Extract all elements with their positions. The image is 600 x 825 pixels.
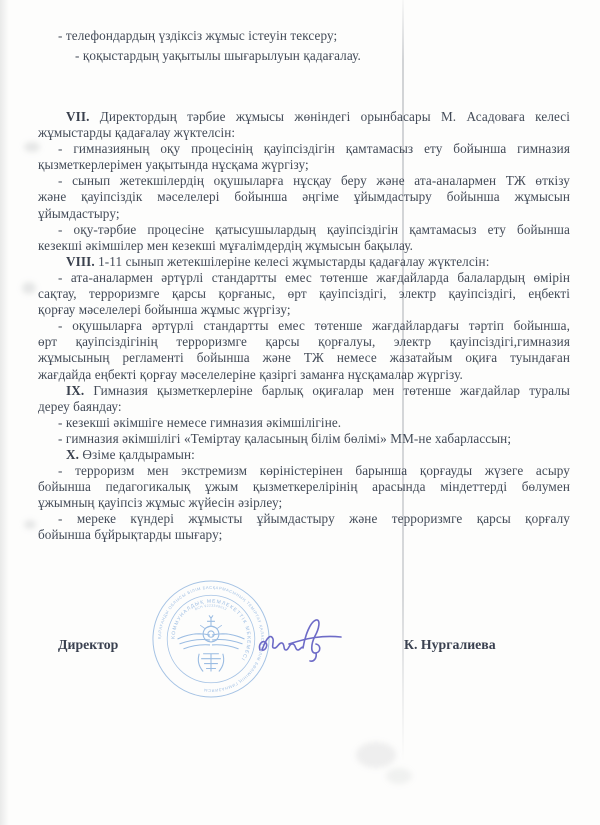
document-line: - терроризм мен экстремизм көріністеріне… xyxy=(38,463,570,479)
scan-edge-shadow xyxy=(0,0,9,825)
document-line: - кезекші әкімшіге немесе гимназия әкімш… xyxy=(38,415,570,431)
document-line: - қоқыстардың уақытылы шығарылуын қадаға… xyxy=(38,46,570,66)
document-line: қорғау мәселелері бойынша жұмыс жүргізу; xyxy=(38,302,570,318)
scan-smudge xyxy=(386,768,412,784)
document-line: - мереке күндері жұмысты ұйымдастыру жән… xyxy=(38,511,570,527)
document-body: VII. Директордың тәрбие жұмысы жөніндегі… xyxy=(38,109,570,544)
document-page: - телефондардың үздіксіз жұмыс істеуін т… xyxy=(0,0,600,825)
document-line: сақтау, терроризмге қарсы қорғаныс, өрт … xyxy=(38,286,570,302)
svg-text:КОММУНАЛДЫҚ МЕМЛЕКЕТТІК МЕКЕМЕ: КОММУНАЛДЫҚ МЕМЛЕКЕТТІК МЕКЕМЕСІ xyxy=(171,599,252,662)
document-line: жұмысының регламенті бойынша және ТЖ нем… xyxy=(38,350,570,366)
document-line: бойынша бұйрықтарды шығару; xyxy=(38,527,570,543)
director-label: Директор xyxy=(58,637,118,653)
document-line: ұжымның қауіпсіз жұмыс жүйесін әзірлеу; xyxy=(38,495,570,511)
document-line: - гимназияның оқу процесінің қауіпсіздіг… xyxy=(38,141,570,157)
document-line: - оқу-тәрбие процесіне қатысушылардың қа… xyxy=(38,222,570,238)
document-line: ұйымдастыру; xyxy=(38,206,570,222)
document-line: өрт қауіпсіздігінің терроризмге қарсы қо… xyxy=(38,334,570,350)
document-line: - сынып жетекшілердің оқушыларға нұсқау … xyxy=(38,173,570,189)
document-line: қызметкерлерімен уақытында нұсқама жүргі… xyxy=(38,157,570,173)
scan-smudge xyxy=(22,282,36,294)
document-line: жағдайда еңбекті қорғау мәселелеріне қаз… xyxy=(38,367,570,383)
document-line: бойынша педагогикалық ұжым қызметкерелір… xyxy=(38,479,570,495)
document-line: VIII. 1-11 сынып жетекшілеріне келесі жұ… xyxy=(38,254,570,270)
document-line: дереу баяндау: xyxy=(38,399,570,415)
document-line: - оқушыларға әртүрлі стандартты емес төт… xyxy=(38,318,570,334)
signer-name: К. Нургалиева xyxy=(404,637,496,653)
scan-smudge xyxy=(356,742,396,768)
document-line: жұмыстарды қадағалау жүктелсін: xyxy=(38,125,570,141)
section-number: VII. xyxy=(66,109,90,124)
document-line: - гимназия әкімшілігі «Теміртау қаласыны… xyxy=(38,431,570,447)
document-line: VII. Директордың тәрбие жұмысы жөніндегі… xyxy=(38,109,570,125)
stamp-inner-ring-text: КОММУНАЛДЫҚ МЕМЛЕКЕТТІК МЕКЕМЕСІ xyxy=(171,599,252,662)
scan-smudge xyxy=(24,520,36,529)
state-emblem-icon xyxy=(178,615,245,671)
signature-icon xyxy=(253,606,353,668)
document-preamble: - телефондардың үздіксіз жұмыс істеуін т… xyxy=(38,26,570,65)
document-line: және қауіпсіздік мәселелері бойынша әңгі… xyxy=(38,189,570,205)
section-number: X. xyxy=(66,447,79,462)
document-line: - телефондардың үздіксіз жұмыс істеуін т… xyxy=(38,26,570,46)
section-number: IX. xyxy=(66,383,84,398)
section-number: VIII. xyxy=(66,254,95,269)
document-line: X. Өзіме қалдырамын: xyxy=(38,447,570,463)
document-line: кезекші әкімшілер мен кезекші мұғалімдер… xyxy=(38,238,570,254)
document-line: IX. Гимназия қызметкерлеріне барлық оқиғ… xyxy=(38,383,570,399)
document-line: - ата-аналармен әртүрлі стандартты емес … xyxy=(38,270,570,286)
